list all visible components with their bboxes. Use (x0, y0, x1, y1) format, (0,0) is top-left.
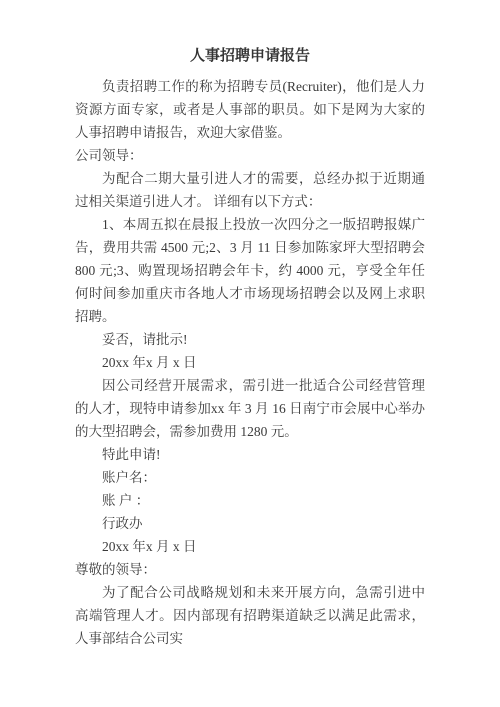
paragraph: 20xx 年x 月 x 日 (75, 535, 425, 558)
paragraph: 负责招聘工作的称为招聘专员(Recruiter)，他们是人力资源方面专家，或者是… (75, 75, 425, 144)
document-page: 人事招聘申请报告 负责招聘工作的称为招聘专员(Recruiter)，他们是人力资… (0, 0, 500, 707)
paragraph: 行政办 (75, 512, 425, 535)
paragraph: 为了配合公司战略规划和未来开展方向，急需引进中高端管理人才。因内部现有招聘渠道缺… (75, 581, 425, 650)
paragraph: 特此申请! (75, 443, 425, 466)
paragraph: 公司领导： (75, 144, 425, 167)
paragraph: 账 户 ： (75, 489, 425, 512)
document-title: 人事招聘申请报告 (75, 45, 425, 68)
paragraph: 20xx 年x 月 x 日 (75, 351, 425, 374)
paragraph: 尊敬的领导： (75, 558, 425, 581)
document-body: 负责招聘工作的称为招聘专员(Recruiter)，他们是人力资源方面专家，或者是… (75, 75, 425, 650)
paragraph: 妥否，请批示! (75, 328, 425, 351)
paragraph: 为配合二期大量引进人才的需要，总经办拟于近期通过相关渠道引进人才。 详细有以下方… (75, 167, 425, 213)
paragraph: 因公司经营开展需求，需引进一批适合公司经营管理的人才，现特申请参加xx 年 3 … (75, 374, 425, 443)
paragraph: 账户名： (75, 466, 425, 489)
paragraph: 1、本周五拟在晨报上投放一次四分之一版招聘报媒广告，费用共需 4500 元;2、… (75, 213, 425, 328)
